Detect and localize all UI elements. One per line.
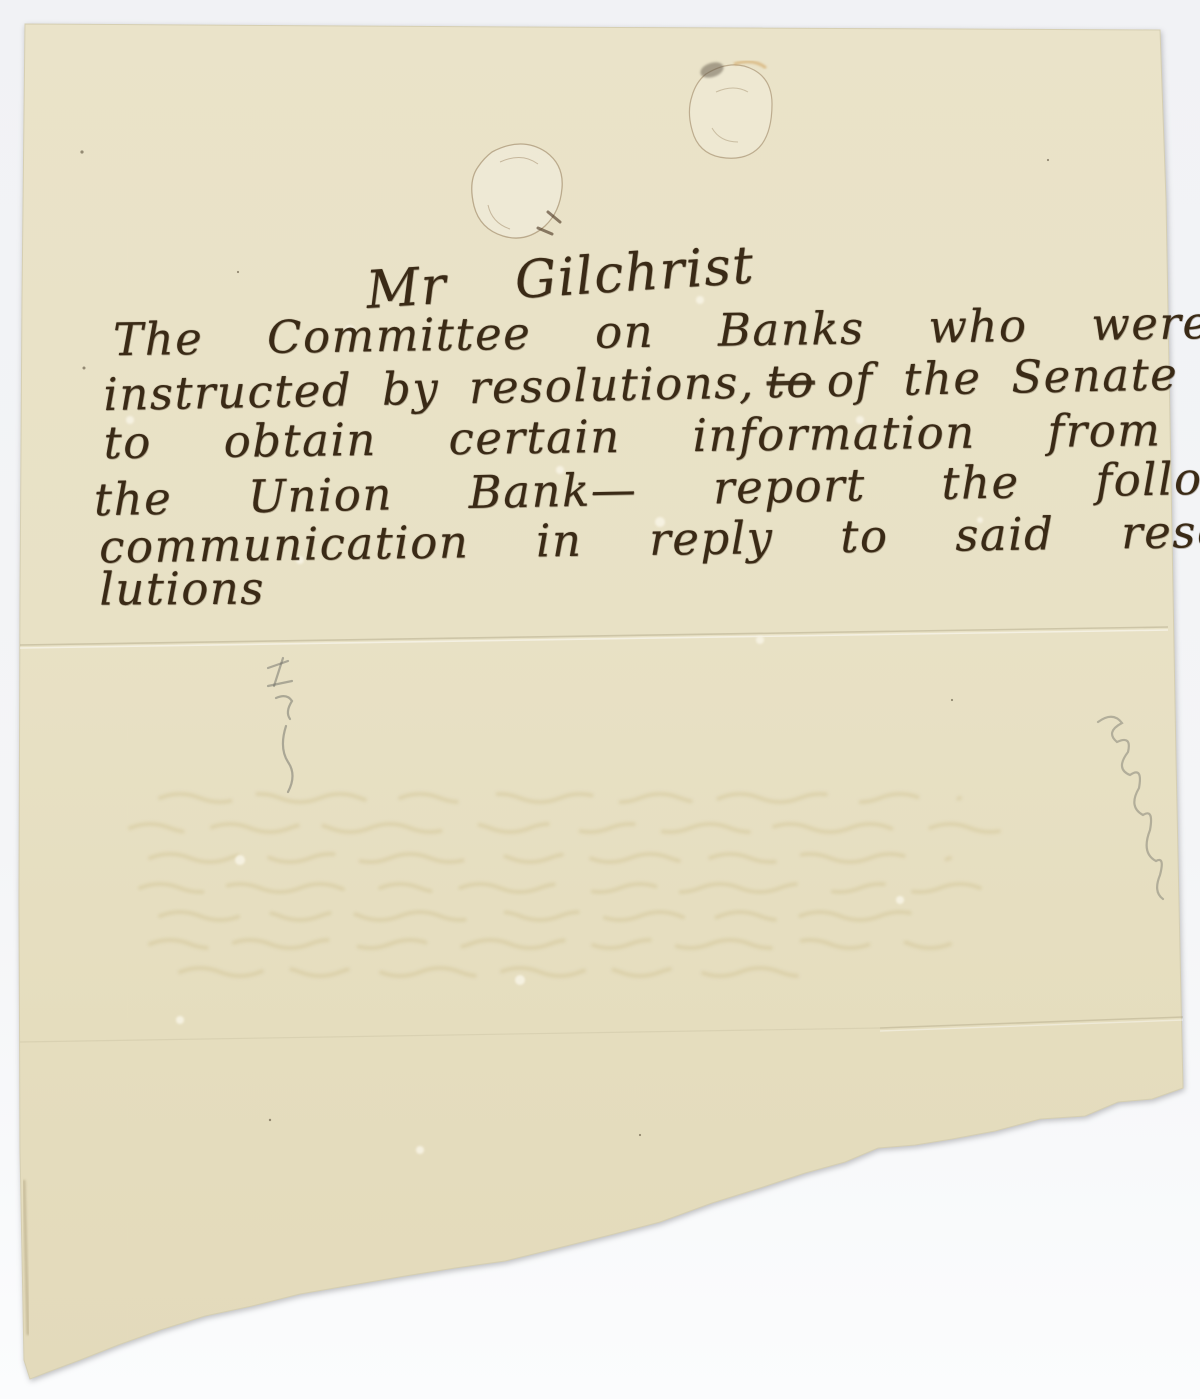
damage-spot-top [689,60,772,159]
paper-artwork [0,0,1200,1399]
document-scan: Mr Gilchrist The Committee on Banks who … [0,0,1200,1399]
paper-sheet [19,24,1183,1379]
